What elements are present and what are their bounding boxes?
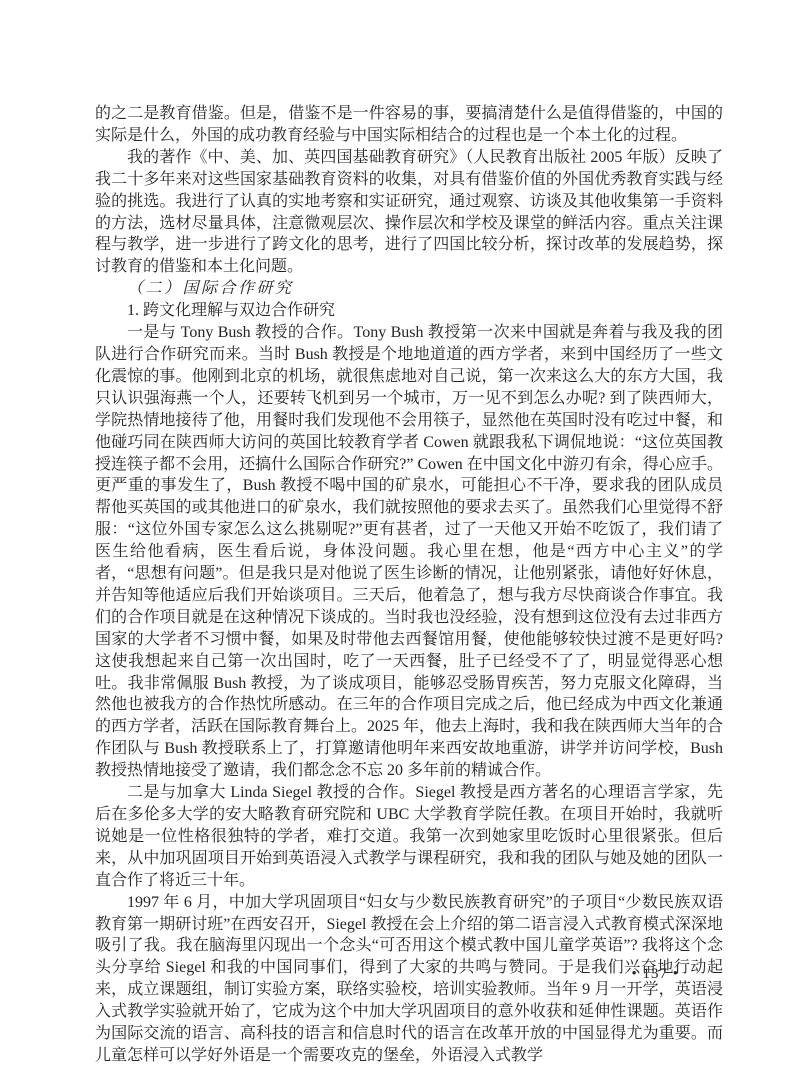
paragraph: 一是与 Tony Bush 教授的合作。Tony Bush 教授第一次来中国就是… [95, 322, 723, 782]
paragraph-continuation: 的之二是教育借鉴。但是，借鉴不是一件容易的事，要搞清楚什么是值得借鉴的，中国的实… [95, 103, 723, 147]
sub-heading: 1. 跨文化理解与双边合作研究 [95, 300, 723, 322]
paragraph: 二是与加拿大 Linda Siegel 教授的合作。Siegel 教授是西方著名… [95, 782, 723, 892]
book-page: 的之二是教育借鉴。但是，借鉴不是一件容易的事，要搞清楚什么是值得借鉴的，中国的实… [0, 0, 800, 1077]
page-body-text: 的之二是教育借鉴。但是，借鉴不是一件容易的事，要搞清楚什么是值得借鉴的，中国的实… [95, 103, 723, 1067]
paragraph: 我的著作《中、美、加、英四国基础教育研究》（人民教育出版社 2005 年版）反映… [95, 147, 723, 278]
section-heading: （二）国际合作研究 [95, 278, 723, 300]
page-number: • 137 • [95, 966, 723, 983]
